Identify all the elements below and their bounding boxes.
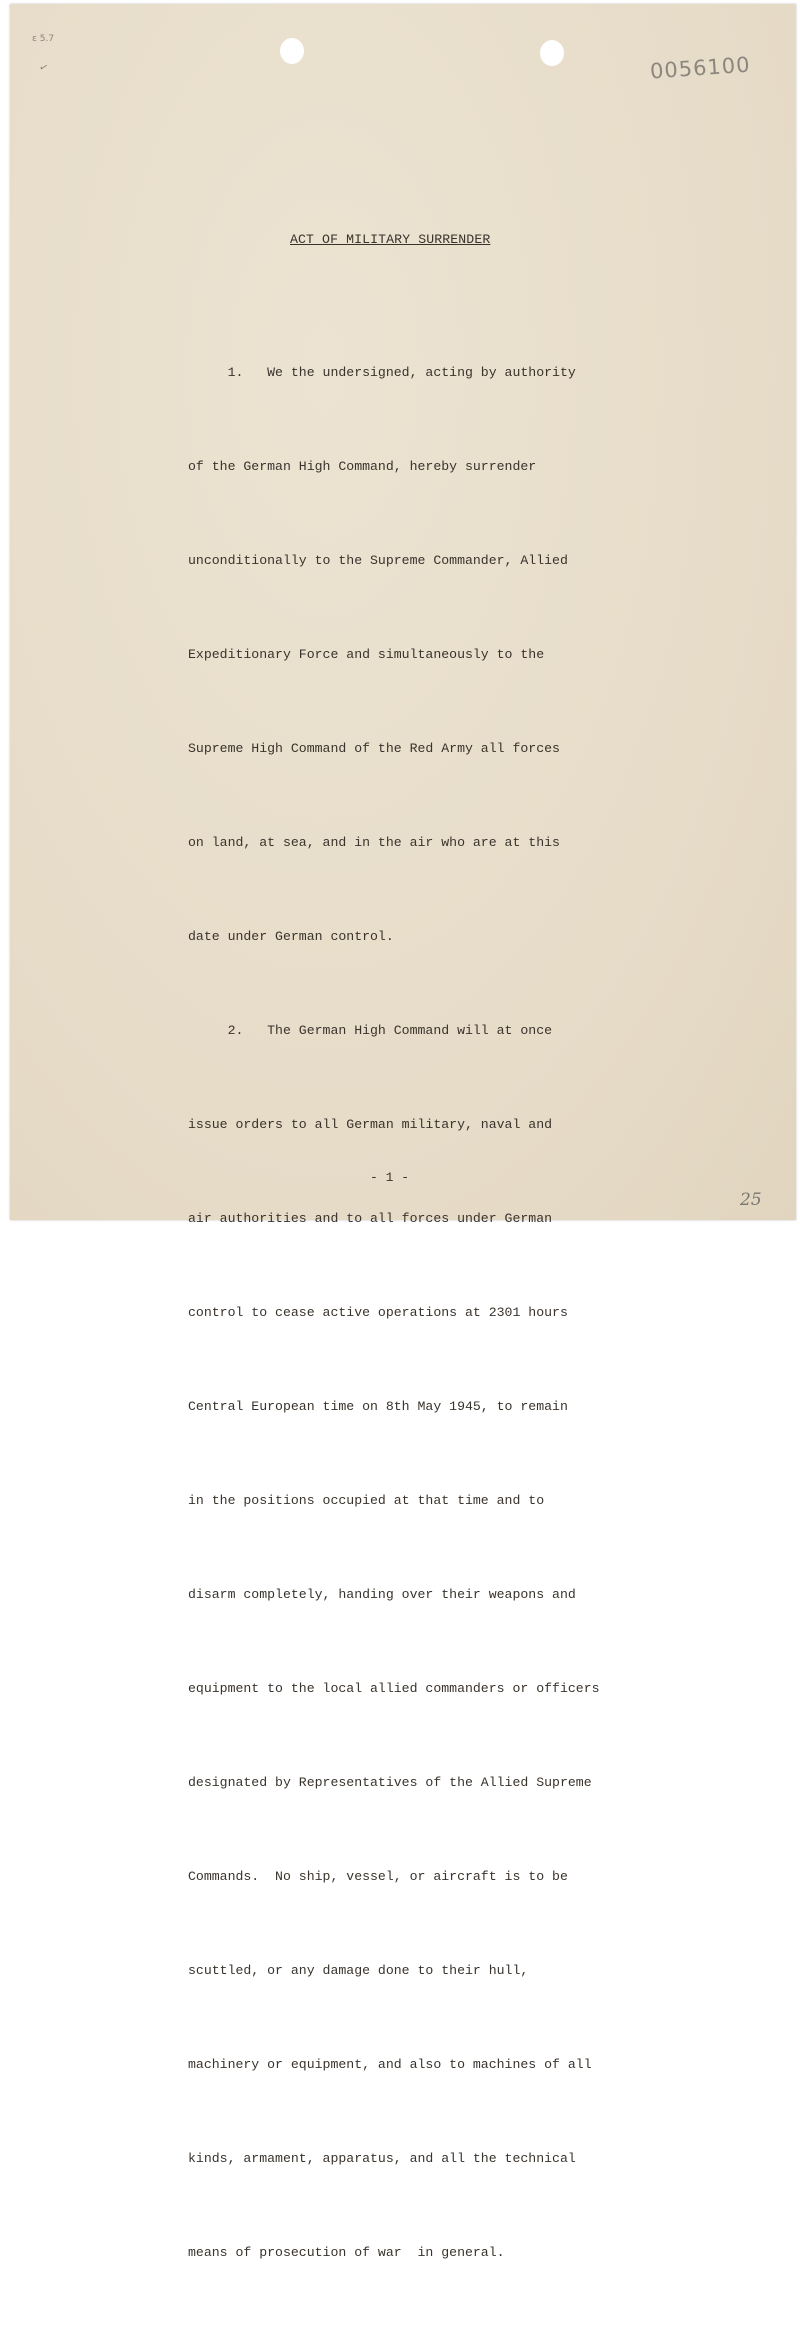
document-title: ACT OF MILITARY SURRENDER bbox=[290, 232, 490, 247]
paragraph-1-line: Expeditionary Force and simultaneously t… bbox=[188, 639, 628, 670]
corner-annotation: ε 5.7 bbox=[32, 34, 54, 44]
paragraph-1-line: 1. We the undersigned, acting by authori… bbox=[188, 357, 628, 388]
handwritten-folio-number: 25 bbox=[740, 1190, 762, 1210]
punch-hole-right bbox=[540, 40, 564, 66]
paragraph-2-line: air authorities and to all forces under … bbox=[188, 1203, 628, 1225]
paragraph-1-line: Supreme High Command of the Red Army all… bbox=[188, 733, 628, 764]
page-number: - 1 - bbox=[370, 1170, 409, 1185]
paragraph-1-line: unconditionally to the Supreme Commander… bbox=[188, 545, 628, 576]
paragraph-1-line: date under German control. bbox=[188, 921, 628, 952]
paragraph-1-line: on land, at sea, and in the air who are … bbox=[188, 827, 628, 858]
punch-hole-left bbox=[280, 38, 304, 64]
paragraph-1-line: of the German High Command, hereby surre… bbox=[188, 451, 628, 482]
document-page: ε 5.7 ✓ 0056100 ACT OF MILITARY SURRENDE… bbox=[10, 4, 796, 1220]
document-body: 1. We the undersigned, acting by authori… bbox=[188, 294, 628, 1225]
paragraph-2-line: issue orders to all German military, nav… bbox=[188, 1109, 628, 1140]
check-mark-icon: ✓ bbox=[38, 59, 50, 76]
archive-stamp-number: 0056100 bbox=[649, 53, 751, 84]
paragraph-2-line: 2. The German High Command will at once bbox=[188, 1015, 628, 1046]
